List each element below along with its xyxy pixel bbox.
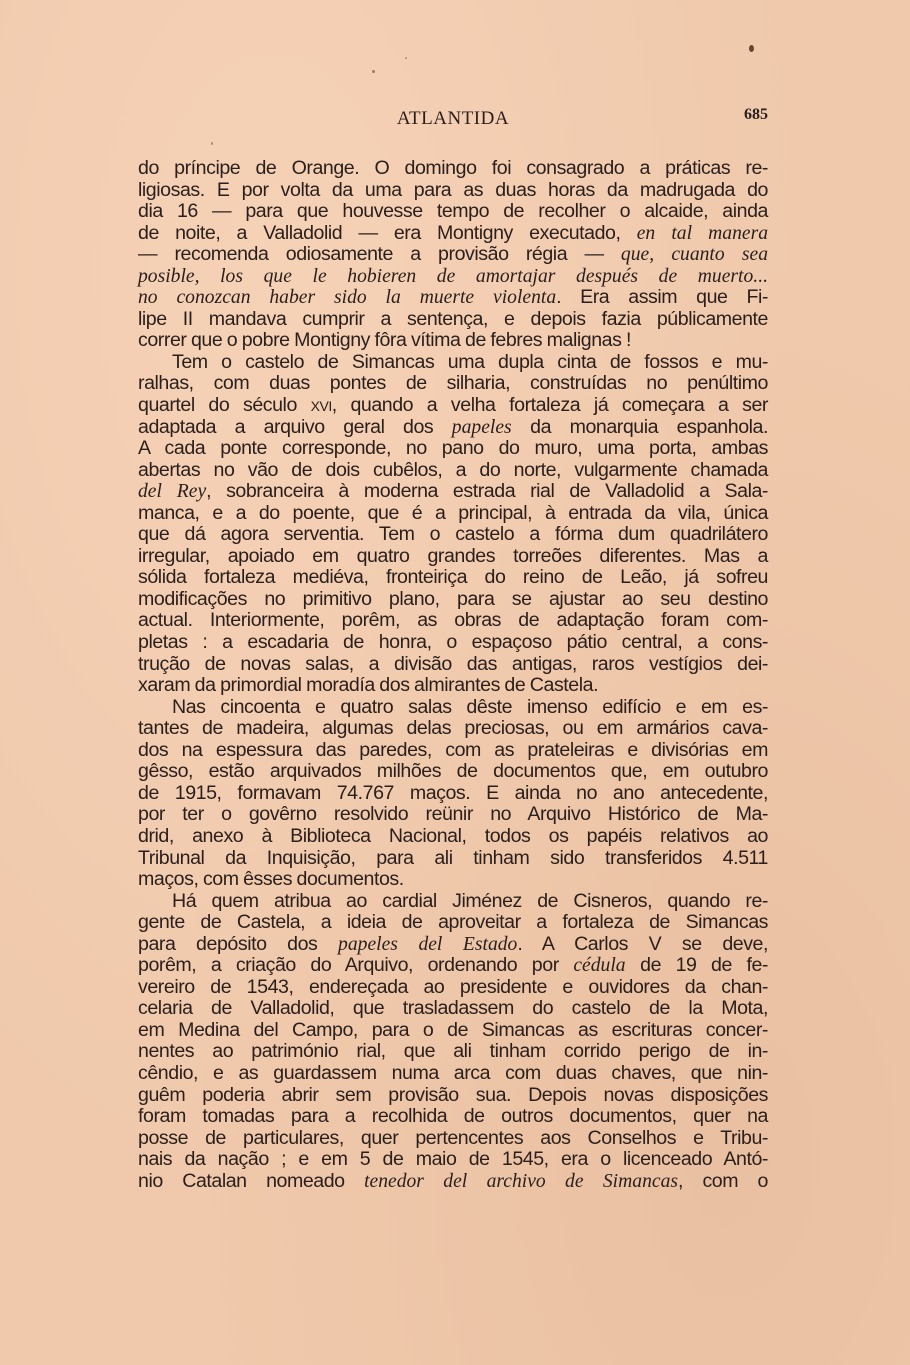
text-segment: Há quem atribua ao cardial Jiménez de Ci…	[172, 890, 768, 912]
text-line: posible, los que le hobieren de amortaja…	[138, 266, 768, 288]
text-segment: . A Carlos V se deve,	[517, 933, 768, 955]
paper-speck	[749, 45, 754, 52]
text-segment: cêndio, e as guardassem numa arca com du…	[138, 1062, 768, 1084]
text-line: foram tomadas para a recolhida de outros…	[138, 1106, 768, 1128]
book-page: ATLANTIDA 685 do príncipe de Orange. O d…	[138, 108, 768, 1192]
text-segment: de 1915, formavam 74.767 maços. E ainda …	[138, 782, 768, 804]
text-line: de 1915, formavam 74.767 maços. E ainda …	[138, 783, 768, 805]
text-line: nentes ao património rial, que ali tinha…	[138, 1041, 768, 1063]
text-segment: nio Catalan nomeado	[138, 1170, 364, 1192]
text-segment: ralhas, com duas pontes de silharia, con…	[138, 372, 768, 394]
text-line: de noite, a Valladolid — era Montigny ex…	[138, 223, 768, 245]
text-line: por ter o govêrno resolvido reünir no Ar…	[138, 804, 768, 826]
italic-text: del Rey	[138, 481, 206, 502]
text-segment: que dá agora serventia. Tem o castelo a …	[138, 523, 768, 545]
text-line: A cada ponte corresponde, no pano do mur…	[138, 438, 768, 460]
italic-text: no conozcan haber sido la muerte violent…	[138, 287, 556, 308]
text-segment: por ter o govêrno resolvido reünir no Ar…	[138, 803, 768, 825]
text-segment: — recomenda odiosamente a provisão régia…	[138, 243, 621, 265]
text-segment: porêm, a criação do Arquivo, ordenando p…	[138, 954, 573, 976]
text-segment: posse de particulares, quer pertencentes…	[138, 1127, 768, 1149]
text-line: ralhas, com duas pontes de silharia, con…	[138, 373, 768, 395]
text-segment: vereiro de 1543, endereçada ao president…	[138, 976, 768, 998]
text-line: em Medina del Campo, para o de Simancas …	[138, 1020, 768, 1042]
text-segment: abertas no vão de dois cubêlos, a do nor…	[138, 459, 768, 481]
italic-text: papeles	[452, 417, 512, 438]
text-line: correr que o pobre Montigny fôra vítima …	[138, 330, 768, 352]
page-number: 685	[744, 106, 768, 124]
body-text: do príncipe de Orange. O domingo foi con…	[138, 158, 768, 1192]
text-line: posse de particulares, quer pertencentes…	[138, 1128, 768, 1150]
text-line: Tem o castelo de Simancas uma dupla cint…	[138, 352, 768, 374]
text-line: Nas cincoenta e quatro salas dêste imens…	[138, 697, 768, 719]
text-line: quartel do século xvi, quando a velha fo…	[138, 395, 768, 417]
text-line: pletas : a escadaria de honra, o espaços…	[138, 632, 768, 654]
text-line: porêm, a criação do Arquivo, ordenando p…	[138, 955, 768, 977]
text-segment: dos na espessura das paredes, com as pra…	[138, 739, 768, 761]
text-segment: para depósito dos	[138, 933, 338, 955]
text-segment: pletas : a escadaria de honra, o espaços…	[138, 631, 768, 653]
text-segment: adaptada a arquivo geral dos	[138, 416, 452, 438]
text-line: abertas no vão de dois cubêlos, a do nor…	[138, 460, 768, 482]
text-segment: correr que o pobre Montigny fôra vítima …	[138, 329, 631, 351]
text-segment: , com o	[678, 1170, 768, 1192]
text-line: gente de Castela, a ideia de aproveitar …	[138, 912, 768, 934]
paper-speck	[405, 57, 407, 59]
text-segment: A cada ponte corresponde, no pano do mur…	[138, 437, 768, 459]
running-head: ATLANTIDA 685	[138, 108, 768, 138]
text-line: irregular, apoiado em quatro grandes tor…	[138, 546, 768, 568]
text-line: no conozcan haber sido la muerte violent…	[138, 287, 768, 309]
text-line: celaria de Valladolid, que trasladassem …	[138, 998, 768, 1020]
text-line: Há quem atribua ao cardial Jiménez de Ci…	[138, 891, 768, 913]
text-line: drid, anexo à Biblioteca Nacional, todos…	[138, 826, 768, 848]
text-line: ligiosas. E por volta da uma para as dua…	[138, 180, 768, 202]
text-segment: gêsso, estão arquivados milhões de docum…	[138, 760, 768, 782]
text-line: que dá agora serventia. Tem o castelo a …	[138, 524, 768, 546]
running-title: ATLANTIDA	[138, 108, 768, 130]
text-segment: maços, com êsses documentos.	[138, 868, 404, 890]
text-segment: Nas cincoenta e quatro salas dêste imens…	[172, 696, 768, 718]
text-line: lipe II mandava cumprir a sentença, e de…	[138, 309, 768, 331]
paper-speck	[372, 70, 375, 73]
text-line: dia 16 — para que houvesse tempo de reco…	[138, 201, 768, 223]
text-segment: tantes de madeira, algumas delas precios…	[138, 717, 768, 739]
text-line: vereiro de 1543, endereçada ao president…	[138, 977, 768, 999]
text-segment: drid, anexo à Biblioteca Nacional, todos…	[138, 825, 768, 847]
text-line: adaptada a arquivo geral dos papeles da …	[138, 417, 768, 439]
text-segment: nentes ao património rial, que ali tinha…	[138, 1040, 768, 1062]
text-segment: , quando a velha fortaleza já começara a…	[332, 394, 768, 416]
text-line: guêm poderia abrir sem provisão sua. Dep…	[138, 1085, 768, 1107]
text-segment: xvi	[311, 394, 332, 416]
text-segment: quartel do século	[138, 394, 311, 416]
text-line: maços, com êsses documentos.	[138, 869, 768, 891]
text-segment: da monarquia espanhola.	[512, 416, 768, 438]
text-segment: celaria de Valladolid, que trasladassem …	[138, 997, 768, 1019]
text-segment: manca, e a do poente, que é a principal,…	[138, 502, 768, 524]
text-segment: irregular, apoiado em quatro grandes tor…	[138, 545, 768, 567]
text-segment: em Medina del Campo, para o de Simancas …	[138, 1019, 768, 1041]
text-line: trução de novas salas, a divisão das ant…	[138, 654, 768, 676]
italic-text: papeles del Estado	[338, 934, 517, 955]
text-line: do príncipe de Orange. O domingo foi con…	[138, 158, 768, 180]
text-line: para depósito dos papeles del Estado. A …	[138, 934, 768, 956]
text-segment: xaram da primordial moradía dos almirant…	[138, 674, 598, 696]
text-line: xaram da primordial moradía dos almirant…	[138, 675, 768, 697]
text-segment: dia 16 — para que houvesse tempo de reco…	[138, 200, 768, 222]
text-segment: do príncipe de Orange. O domingo foi con…	[138, 157, 768, 179]
italic-text: que, cuanto sea	[621, 244, 768, 265]
text-line: nio Catalan nomeado tenedor del archivo …	[138, 1171, 768, 1193]
text-line: manca, e a do poente, que é a principal,…	[138, 503, 768, 525]
text-line: cêndio, e as guardassem numa arca com du…	[138, 1063, 768, 1085]
text-line: actual. Interiormente, porêm, as obras d…	[138, 610, 768, 632]
text-line: dos na espessura das paredes, com as pra…	[138, 740, 768, 762]
italic-text: posible, los que le hobieren de amortaja…	[138, 266, 768, 287]
text-line: gêsso, estão arquivados milhões de docum…	[138, 761, 768, 783]
text-segment: sólida fortaleza mediéva, fronteiriça do…	[138, 566, 768, 588]
italic-text: cédula	[573, 955, 625, 976]
text-segment: Tem o castelo de Simancas uma dupla cint…	[172, 351, 768, 373]
text-segment: de noite, a Valladolid — era Montigny ex…	[138, 222, 637, 244]
text-line: del Rey, sobranceira à moderna estrada r…	[138, 481, 768, 503]
text-segment: foram tomadas para a recolhida de outros…	[138, 1105, 768, 1127]
italic-text: en tal manera	[637, 223, 768, 244]
text-line: tantes de madeira, algumas delas precios…	[138, 718, 768, 740]
text-segment: lipe II mandava cumprir a sentença, e de…	[138, 308, 768, 330]
text-segment: Tribunal da Inquisição, para ali tinham …	[138, 847, 768, 869]
text-line: nais da nação ; e em 5 de maio de 1545, …	[138, 1149, 768, 1171]
text-line: Tribunal da Inquisição, para ali tinham …	[138, 848, 768, 870]
text-segment: modificações no primitivo plano, para se…	[138, 588, 768, 610]
text-line: — recomenda odiosamente a provisão régia…	[138, 244, 768, 266]
text-segment: . Era assim que Fi-	[556, 286, 768, 308]
text-segment: ligiosas. E por volta da uma para as dua…	[138, 179, 768, 201]
text-segment: , sobranceira à moderna estrada rial de …	[206, 480, 768, 502]
text-segment: de 19 de fe-	[626, 954, 768, 976]
italic-text: tenedor del archivo de Simancas	[364, 1171, 678, 1192]
text-segment: gente de Castela, a ideia de aproveitar …	[138, 911, 768, 933]
text-line: sólida fortaleza mediéva, fronteiriça do…	[138, 567, 768, 589]
text-segment: guêm poderia abrir sem provisão sua. Dep…	[138, 1084, 768, 1106]
text-segment: nais da nação ; e em 5 de maio de 1545, …	[138, 1148, 768, 1170]
text-segment: actual. Interiormente, porêm, as obras d…	[138, 609, 768, 631]
text-segment: trução de novas salas, a divisão das ant…	[138, 653, 768, 675]
text-line: modificações no primitivo plano, para se…	[138, 589, 768, 611]
